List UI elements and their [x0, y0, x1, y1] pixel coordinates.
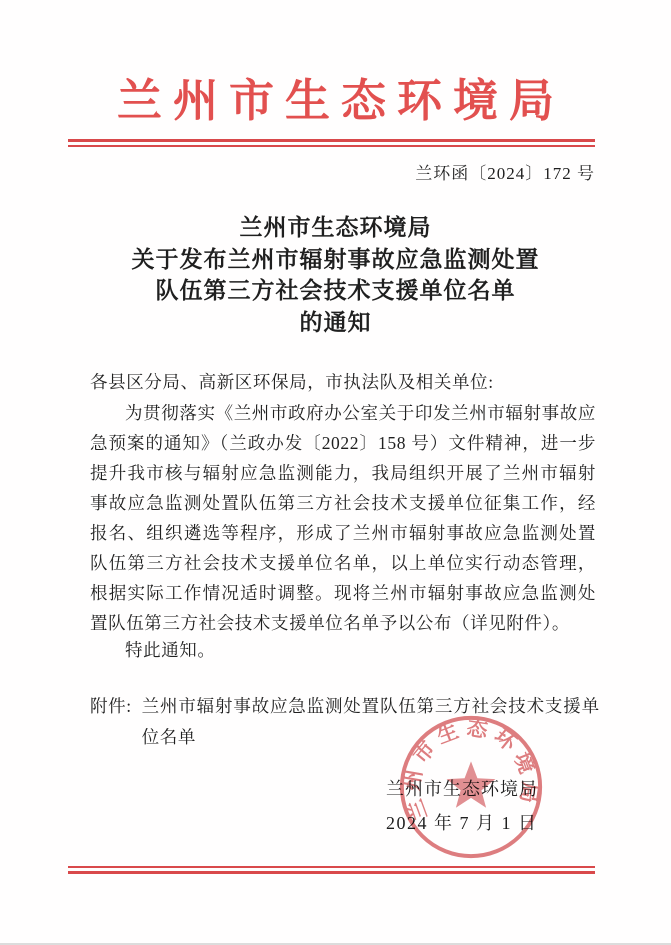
footer-rule-thick-line [68, 871, 595, 874]
body-paragraph: 为贯彻落实《兰州市政府办公室关于印发兰州市辐射事故应急预案的通知》（兰政办发〔2… [90, 398, 596, 638]
document-title: 兰州市生态环境局 关于发布兰州市辐射事故应急监测处置 队伍第三方社会技术支援单位… [40, 212, 631, 338]
document-page: 兰州市生态环境局 兰环函〔2024〕172 号 兰州市生态环境局 关于发布兰州市… [0, 0, 671, 945]
document-title-line-1: 兰州市生态环境局 [40, 212, 631, 244]
document-title-line-2: 关于发布兰州市辐射事故应急监测处置 [40, 244, 631, 276]
star-icon [447, 761, 496, 807]
document-number: 兰环函〔2024〕172 号 [415, 159, 595, 184]
header-double-rule [68, 139, 595, 147]
attachment-label: 附件: [90, 691, 132, 722]
header-rule-thin-line [68, 145, 595, 147]
closing-line: 特此通知。 [90, 637, 216, 662]
document-title-line-3: 队伍第三方社会技术支援单位名单 [40, 275, 631, 307]
footer-double-rule [68, 866, 595, 874]
official-seal: 兰州市生态环境局 [392, 708, 550, 866]
document-title-line-4: 的通知 [40, 307, 631, 339]
addressee-line: 各县区分局、高新区环保局，市执法队及相关单位: [90, 369, 494, 394]
letterhead-agency-name: 兰州市生态环境局 [0, 64, 671, 129]
